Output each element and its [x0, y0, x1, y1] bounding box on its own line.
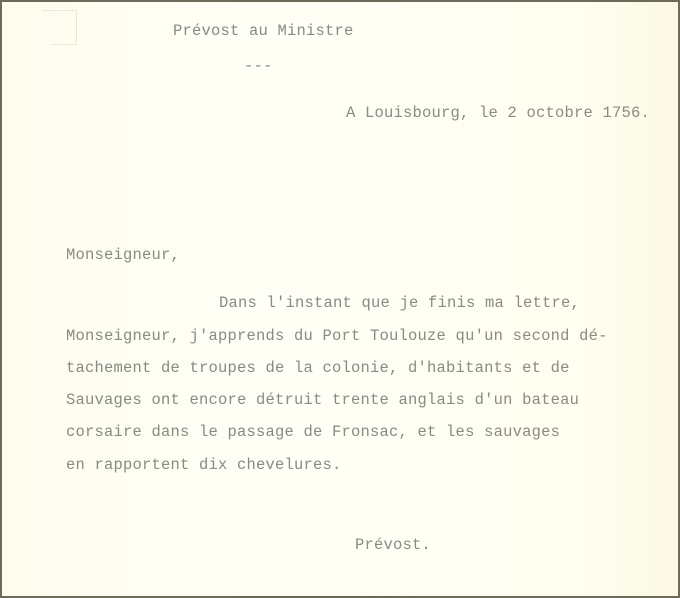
- faint-stamp-line: [52, 44, 76, 45]
- salutation: Monseigneur,: [66, 246, 180, 264]
- heading-separator: ---: [244, 57, 273, 75]
- body-line: Sauvages ont encore détruit trente angla…: [66, 391, 579, 409]
- body-line: tachement de troupes de la colonie, d'ha…: [66, 359, 570, 377]
- letter-heading: Prévost au Ministre: [173, 22, 354, 40]
- signature: Prévost.: [355, 536, 431, 554]
- body-line: en rapportent dix chevelures.: [66, 456, 342, 474]
- body-line: Monseigneur, j'apprends du Port Toulouze…: [66, 327, 608, 345]
- dateline: A Louisbourg, le 2 octobre 1756.: [346, 104, 650, 122]
- body-line: Dans l'instant que je finis ma lettre,: [219, 294, 580, 312]
- document-page: Prévost au Ministre --- A Louisbourg, le…: [0, 0, 680, 598]
- faint-stamp-mark: [42, 10, 77, 45]
- body-line: corsaire dans le passage de Fronsac, et …: [66, 423, 560, 441]
